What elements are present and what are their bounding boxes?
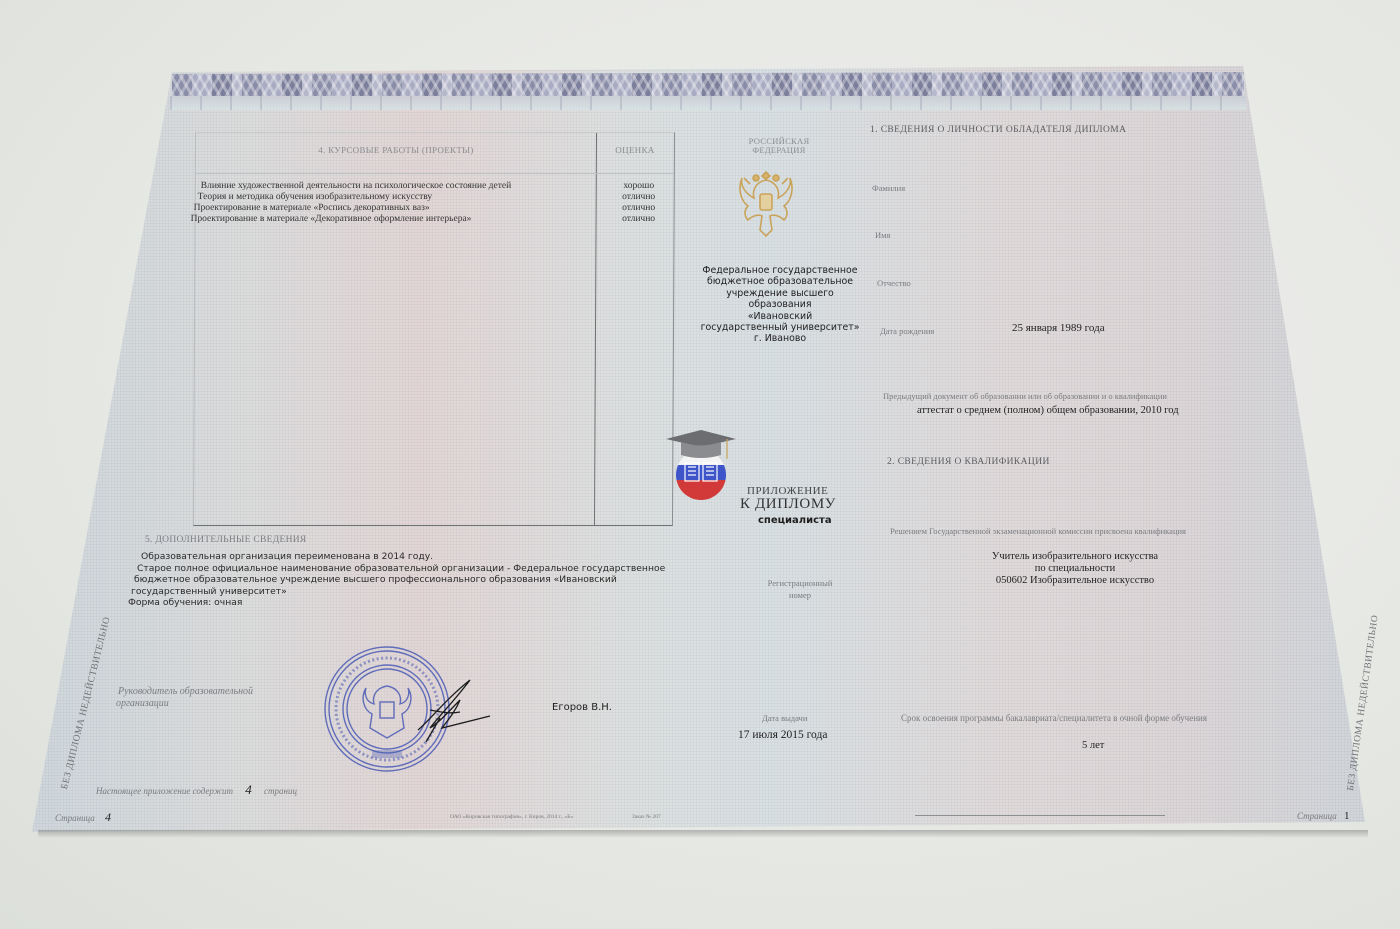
footer-left-page: Страница 4: [55, 810, 111, 825]
page-label: Страница: [1297, 811, 1337, 821]
course-grade: отлично: [604, 214, 674, 224]
signatory-name: Егоров В.Н.: [552, 702, 612, 713]
additional-info-line: Старое полное официальное наименование о…: [128, 563, 665, 575]
registration-label-line: номер: [760, 589, 840, 601]
issue-date: 17 июля 2015 года: [738, 729, 827, 741]
patronymic-label: Отчество: [877, 278, 911, 288]
additional-info-header: 5. ДОПОЛНИТЕЛЬНЫЕ СВЕДЕНИЯ: [145, 535, 307, 545]
issue-date-label: Дата выдачи: [762, 713, 807, 723]
coursework-header-title: 4. КУРСОВЫЕ РАБОТЫ (ПРОЕКТЫ): [196, 145, 596, 155]
organization-line: г. Иваново: [700, 333, 860, 344]
printer-note: ОАО «Кировская типография», г. Киров, 20…: [450, 814, 573, 820]
signatory-label: Руководитель образовательной организации: [116, 686, 253, 710]
registration-number-label: Регистрационный номер: [760, 577, 840, 601]
page-number: 4: [97, 810, 111, 824]
birth-date: 25 января 1989 года: [1012, 322, 1105, 334]
additional-info-line: Форма обучения: очная: [128, 597, 665, 609]
qualification-line: по специальности: [960, 563, 1190, 575]
registration-label-line: Регистрационный: [760, 577, 840, 589]
course-grade: хорошо: [604, 181, 674, 191]
table-header-divider: [196, 173, 674, 174]
pages-note-prefix: Настоящее приложение содержит: [96, 786, 233, 796]
pages-note: Настоящее приложение содержит 4 страниц: [96, 782, 297, 798]
additional-info-line: бюджетное образовательное учреждение выс…: [128, 574, 665, 586]
program-duration-value: 5 лет: [1082, 740, 1104, 751]
course-title: Влияние художественной деятельности на п…: [201, 181, 512, 191]
guilloche-border: [172, 72, 1244, 96]
birth-date-label: Дата рождения: [880, 326, 934, 336]
country-header-line: ФЕДЕРАЦИЯ: [742, 146, 816, 155]
organization-line: государственный университет»: [700, 322, 860, 333]
qualification-line: Учитель изобразительного искусства: [960, 551, 1190, 563]
additional-info-line: государственный университет»: [128, 586, 665, 598]
pages-note-suffix: страниц: [264, 786, 297, 796]
pages-count: 4: [235, 782, 262, 797]
organization-line: бюджетное образовательное: [700, 276, 860, 287]
signature-line: [915, 815, 1165, 816]
table-row: Теория и методика обучения изобразительн…: [196, 192, 674, 203]
surname-label: Фамилия: [872, 183, 905, 193]
page-label: Страница: [55, 813, 95, 823]
footer-right-page: Страница 1: [1297, 810, 1349, 822]
organization-line: «Ивановский: [700, 311, 860, 322]
qualification-line: 050602 Изобразительное искусство: [960, 575, 1190, 587]
qualification-value: Учитель изобразительного искусства по сп…: [960, 551, 1190, 587]
previous-document-value: аттестат о среднем (полном) общем образо…: [917, 405, 1179, 416]
name-label: Имя: [875, 230, 890, 240]
signatory-label-line: организации: [116, 698, 253, 710]
course-title: Проектирование в материале «Роспись деко…: [194, 203, 430, 213]
table-row: Проектирование в материале «Роспись деко…: [196, 203, 674, 214]
additional-info-line: Образовательная организация переименован…: [128, 551, 665, 563]
course-grade: отлично: [604, 192, 674, 202]
organization-line: Федеральное государственное: [700, 265, 860, 276]
coursework-table: 4. КУРСОВЫЕ РАБОТЫ (ПРОЕКТЫ) ОЦЕНКА Влия…: [193, 132, 675, 526]
coat-of-arms-icon: [734, 164, 798, 244]
personal-info-header: 1. СВЕДЕНИЯ О ЛИЧНОСТИ ОБЛАДАТЕЛЯ ДИПЛОМ…: [870, 125, 1126, 135]
side-note-right: БЕЗ ДИПЛОМА НЕДЕЙСТВИТЕЛЬНО: [1346, 614, 1381, 791]
coursework-header-grade: ОЦЕНКА: [596, 145, 674, 155]
signature-icon: [400, 670, 500, 750]
degree-type: специалиста: [758, 515, 832, 526]
table-row: Проектирование в материале «Декоративное…: [196, 214, 674, 225]
course-title: Теория и методика обучения изобразительн…: [198, 192, 433, 202]
page-number: 1: [1339, 810, 1350, 822]
order-note: Заказ № 207: [632, 814, 661, 820]
graduate-book-logo-icon: [661, 425, 741, 505]
qualification-header: 2. СВЕДЕНИЯ О КВАЛИФИКАЦИИ: [887, 457, 1050, 467]
qualification-decision-label: Решением Государственной экзаменационной…: [890, 526, 1186, 536]
organization-line: образования: [700, 299, 860, 310]
coursework-rows: Влияние художественной деятельности на п…: [196, 181, 674, 225]
guilloche-border-lower: [170, 96, 1246, 110]
signatory-label-line: Руководитель образовательной: [116, 686, 253, 698]
course-grade: отлично: [604, 203, 674, 213]
organization-name: Федеральное государственное бюджетное об…: [700, 265, 860, 345]
paper-shadow: [38, 830, 1368, 838]
additional-info-text: Образовательная организация переименован…: [128, 551, 665, 609]
program-duration-label: Срок освоения программы бакалавриата/спе…: [901, 713, 1207, 723]
country-header: РОССИЙСКАЯ ФЕДЕРАЦИЯ: [742, 137, 816, 155]
organization-line: учреждение высшего: [700, 288, 860, 299]
course-title: Проектирование в материале «Декоративное…: [191, 214, 472, 224]
previous-document-label: Предыдущий документ об образовании или о…: [883, 391, 1167, 401]
supplement-title-line2: К ДИПЛОМУ: [740, 496, 836, 513]
photo-scene: 4. КУРСОВЫЕ РАБОТЫ (ПРОЕКТЫ) ОЦЕНКА Влия…: [0, 0, 1400, 929]
table-row: Влияние художественной деятельности на п…: [196, 181, 674, 192]
